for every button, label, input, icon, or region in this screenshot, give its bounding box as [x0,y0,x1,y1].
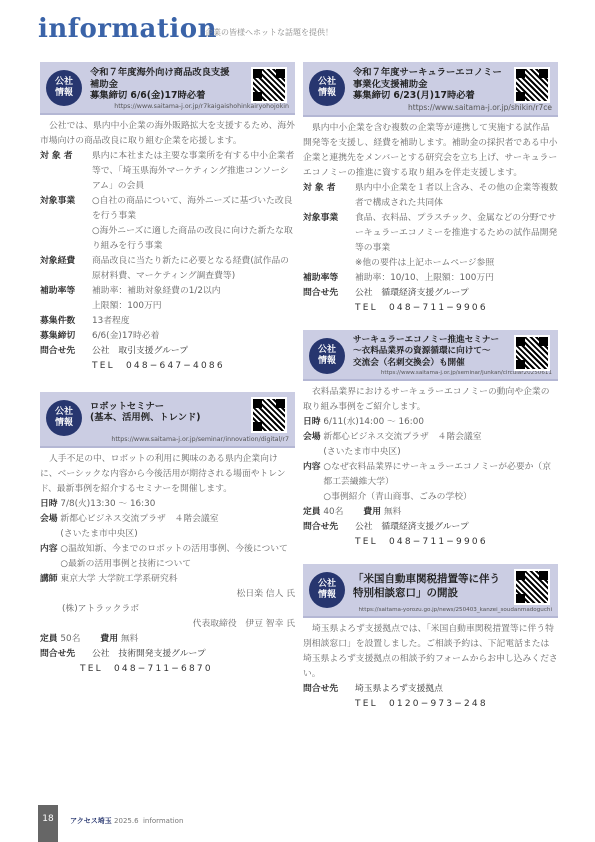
title-line: ～衣料品業界の資源循環に向けて～ [353,346,508,358]
badge-line1: 公社 [46,77,82,88]
lecturer-org: (株)アトラックラボ [40,602,295,617]
article-intro: 埼玉県よろず支援拠点では、「米国自動車関税措置等に伴う特別相談窓口」を設置しまし… [303,622,558,682]
title-line: 事業化支援補助金 [353,79,508,91]
field-value: ○自社の商品について、海外ニーズに基づいた改良を行う事業 [92,194,295,224]
field-label: 対 象 者 [40,149,92,194]
field-value: (さいたま市中央区) [60,527,218,542]
article-url[interactable]: https://www.saitama-j.or.jp/r7kaigaishoh… [46,103,289,110]
field-value: 6/11(水)14:00 ～ 16:00 [323,415,424,430]
qr-code-icon[interactable] [514,569,550,605]
title-line: 交流会（名刺交換会）も開催 [353,358,508,370]
capacity-value: 40名 [323,505,363,520]
fee-label: 費用 [100,632,118,647]
article-url[interactable]: https://saitama-yorozu.go.jp/news/250403… [309,607,552,613]
article-url[interactable]: https://www.saitama-j.or.jp/shikin/r7ce [309,103,552,112]
field-label: 会場 [40,512,58,542]
field-value: 東京大学 大学院工学系研究科 [60,572,177,587]
field-value: 新都心ビジネス交流プラザ ４階会議室 [60,512,218,527]
field-value: ○事例紹介（青山商事、ごみの学校） [323,490,558,505]
field-label: 募集締切 [40,329,92,344]
title-line: 「米国自動車関税措置等に伴う [353,572,508,586]
field-label: 対象事業 [303,211,355,271]
article-intro: 人手不足の中、ロボットの利用に興味のある県内企業向けに、ベーシックな内容から今後… [40,452,295,497]
fee-value: 無料 [121,632,139,647]
contact-org: 公社 循環経済支援グループ [355,520,469,535]
article-intro: 公社では、県内中小企業の海外販路拡大を支援するため、海外市場向けの商品改良に取り… [40,119,295,149]
field-value: ○なぜ衣料品業界にサーキュラーエコノミーが必要か（京都工芸繊維大学） [323,460,558,490]
contact-org: 公社 技術開発支援グループ [92,647,206,662]
field-value: 新都心ビジネス交流プラザ ４階会議室 [323,430,481,445]
koushajouhou-badge: 公社 情報 [309,70,345,106]
badge-line1: 公社 [309,77,345,88]
badge-line1: 公社 [46,407,82,418]
contact-tel[interactable]: TEL 048−711−9906 [303,535,558,550]
article-circular-subsidy: 公社 情報 令和７年度サーキュラーエコノミー 事業化支援補助金 募集締切 6/2… [303,62,558,316]
article-header-box: 公社 情報 「米国自動車関税措置等に伴う 特別相談窓口」の開設 https://… [303,564,558,618]
contact-tel[interactable]: TEL 048−647−4086 [40,359,295,374]
badge-line1: 公社 [309,345,345,356]
contact-label: 問合せ先 [40,344,92,359]
koushajouhou-badge: 公社 情報 [46,70,82,106]
title-line: 令和７年度海外向け商品改良支援 [90,67,245,79]
article-intro: 県内中小企業を含む複数の企業等が連携して実施する試作品開発等を支援し、経費を補助… [303,121,558,181]
field-label: 会場 [303,430,321,460]
qr-code-icon[interactable] [251,397,287,433]
badge-line2: 情報 [309,356,345,367]
article-title: 令和７年度海外向け商品改良支援 補助金 募集締切 6/6(金)17時必着 [90,67,245,102]
koushajouhou-badge: 公社 情報 [46,400,82,436]
badge-line2: 情報 [46,418,82,429]
field-value: 6/6(金)17時必着 [92,329,159,344]
field-value: (さいたま市中央区) [323,445,481,460]
page-header-subtitle: 企業の皆様へホットな話題を提供！ [205,27,333,38]
qr-code-icon[interactable] [251,67,287,103]
article-header-box: 公社 情報 令和７年度サーキュラーエコノミー 事業化支援補助金 募集締切 6/2… [303,62,558,117]
article-url[interactable]: https://www.saitama-j.or.jp/seminar/inno… [46,436,289,443]
capacity-label: 定員 [40,632,58,647]
title-line: 特別相談窓口」の開設 [353,586,508,600]
field-label: 内容 [40,542,58,572]
magazine-name: アクセス埼玉 [70,817,112,825]
field-value: ※他の要件は上記ホームページ参照 [355,256,558,271]
contact-label: 問合せ先 [303,682,355,697]
title-line: 令和７年度サーキュラーエコノミー [353,67,508,79]
article-title: ロボットセミナー (基本、活用例、トレンド) [90,397,245,435]
article-header-box: 公社 情報 令和７年度海外向け商品改良支援 補助金 募集締切 6/6(金)17時… [40,62,295,115]
qr-code-icon[interactable] [514,67,550,103]
title-line: サーキュラーエコノミー推進セミナー [353,335,508,347]
field-label: 募集件数 [40,314,92,329]
field-label: 対象事業 [40,194,92,254]
lecturer-name: 松日楽 信人 氏 [40,587,295,602]
contact-tel[interactable]: TEL 048−711−9906 [303,301,558,316]
badge-line2: 情報 [309,88,345,99]
contact-label: 問合せ先 [303,286,355,301]
fee-label: 費用 [363,505,381,520]
field-label: 講師 [40,572,58,587]
footer-info: アクセス埼玉 2025.6 information [70,816,183,826]
title-line: (基本、活用例、トレンド) [90,412,245,424]
contact-org: 公社 循環経済支援グループ [355,286,469,301]
section-name: information [143,817,183,825]
field-value: 商品改良に当たり新たに必要となる経費(試作品の原材料費、マーケティング調査費等) [92,254,295,284]
capacity-value: 50名 [60,632,100,647]
field-value: 13者程度 [92,314,130,329]
field-label: 対象経費 [40,254,92,284]
left-column: 公社 情報 令和７年度海外向け商品改良支援 補助金 募集締切 6/6(金)17時… [40,62,295,677]
badge-line2: 情報 [46,88,82,99]
article-circular-seminar: 公社 情報 サーキュラーエコノミー推進セミナー ～衣料品業界の資源循環に向けて～… [303,330,558,551]
field-label: 日時 [303,415,321,430]
qr-code-icon[interactable] [514,335,550,371]
field-label: 内容 [303,460,321,505]
field-label: 補助率等 [303,271,355,286]
contact-org: 埼玉県よろず支援拠点 [355,682,443,697]
article-header-box: 公社 情報 サーキュラーエコノミー推進セミナー ～衣料品業界の資源循環に向けて～… [303,330,558,382]
article-robot-seminar: 公社 情報 ロボットセミナー (基本、活用例、トレンド) https://www… [40,392,295,677]
field-value: ○海外ニーズに適した商品の改良に向けた新たな取り組みを行う事業 [92,224,295,254]
field-value: 県内中小企業を１者以上含み、その他の企業等複数者で構成された共同体 [355,181,558,211]
capacity-label: 定員 [303,505,321,520]
page-header-title: information [38,14,217,44]
badge-line2: 情報 [309,590,345,601]
field-label: 対 象 者 [303,181,355,211]
article-overseas-subsidy: 公社 情報 令和７年度海外向け商品改良支援 補助金 募集締切 6/6(金)17時… [40,62,295,374]
fee-value: 無料 [384,505,402,520]
contact-label: 問合せ先 [303,520,355,535]
title-deadline: 募集締切 6/23(月)17時必着 [353,90,508,102]
field-value: ○最新の活用事例と技術について [60,557,287,572]
contact-label: 問合せ先 [40,647,92,662]
field-value: 食品、衣料品、プラスチック、金属などの分野でサーキュラーエコノミーを推進するため… [355,211,558,256]
field-value: ○温故知新、今までのロボットの活用事例、今後について [60,542,287,557]
field-value: 補助率：10/10、上限額：100万円 [355,271,494,286]
title-line: 補助金 [90,79,245,91]
title-deadline: 募集締切 6/6(金)17時必着 [90,90,245,102]
article-title: サーキュラーエコノミー推進セミナー ～衣料品業界の資源循環に向けて～ 交流会（名… [353,335,508,370]
article-title: 令和７年度サーキュラーエコノミー 事業化支援補助金 募集締切 6/23(月)17… [353,67,508,102]
article-intro: 衣料品業界におけるサーキュラーエコノミーの動向や企業の取り組み事例をご紹介します… [303,385,558,415]
field-value: 上限額：100万円 [92,299,221,314]
field-label: 補助率等 [40,284,92,314]
title-line: ロボットセミナー [90,401,245,413]
koushajouhou-badge: 公社 情報 [309,338,345,374]
lecturer-name: 代表取締役 伊豆 智幸 氏 [40,617,295,632]
contact-tel[interactable]: TEL 0120−973−248 [303,697,558,712]
issue: 2025.6 [114,817,139,825]
article-url[interactable]: https://www.saitama-j.or.jp/seminar/junk… [309,370,552,376]
article-us-tariff-consultation: 公社 情報 「米国自動車関税措置等に伴う 特別相談窓口」の開設 https://… [303,564,558,712]
article-header-box: 公社 情報 ロボットセミナー (基本、活用例、トレンド) https://www… [40,392,295,448]
page-number: 18 [38,805,58,842]
field-label: 日時 [40,497,58,512]
contact-org: 公社 取引支援グループ [92,344,188,359]
koushajouhou-badge: 公社 情報 [309,572,345,608]
right-column: 公社 情報 令和７年度サーキュラーエコノミー 事業化支援補助金 募集締切 6/2… [303,62,558,712]
field-value: 補助率：補助対象経費の1/2以内 [92,284,221,299]
badge-line1: 公社 [309,579,345,590]
contact-tel[interactable]: TEL 048−711−6870 [40,662,295,677]
field-value: 7/8(火)13:30 ～ 16:30 [60,497,155,512]
article-title: 「米国自動車関税措置等に伴う 特別相談窓口」の開設 [353,569,508,606]
field-value: 県内に本社または主要な事業所を有する中小企業者等で、「埼玉県海外マーケティング推… [92,149,295,194]
